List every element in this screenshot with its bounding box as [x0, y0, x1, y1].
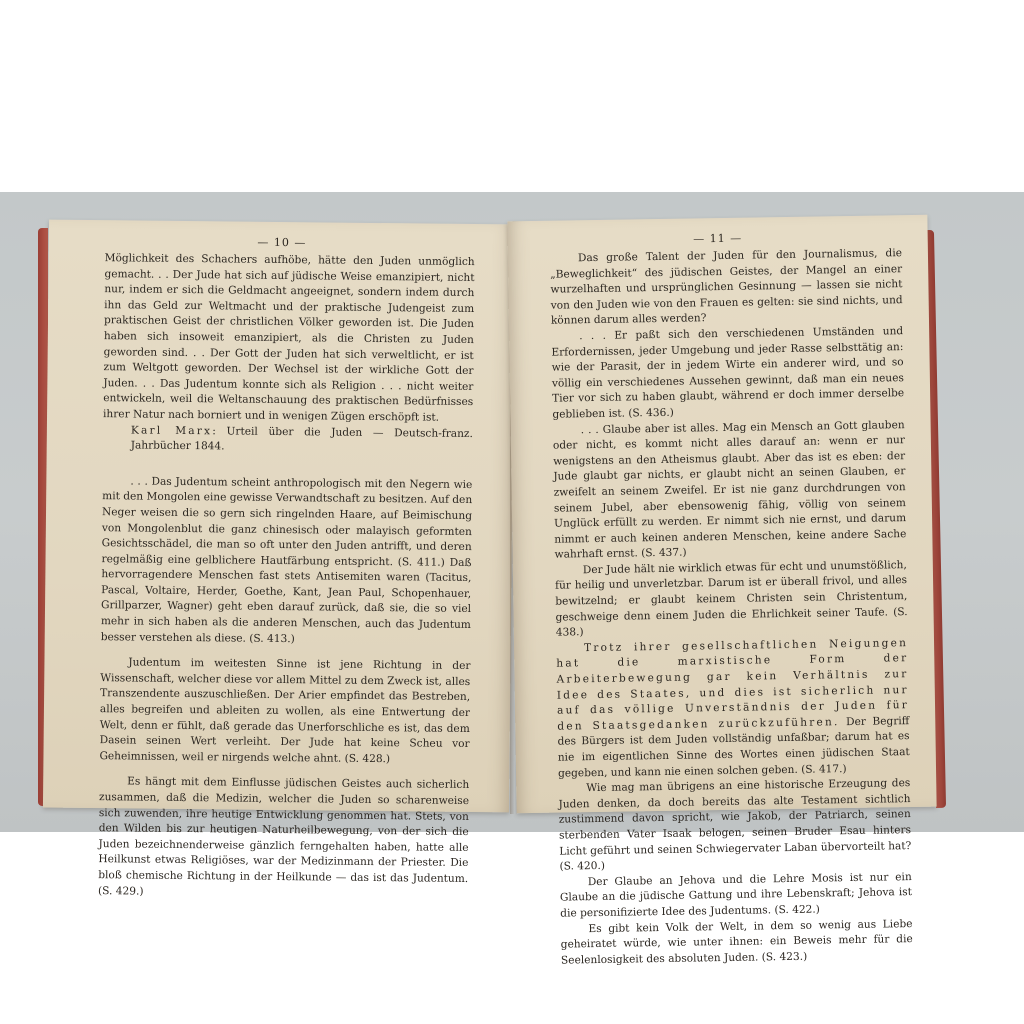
- page-text: Möglichkeit des Schachers aufhöbe, hätte…: [42, 251, 515, 904]
- attribution-author: Karl Marx: [131, 424, 213, 437]
- paragraph: Der Jude hält nie wirklich etwas für ech…: [555, 558, 908, 641]
- page-text: Das große Talent der Juden für den Journ…: [508, 246, 939, 970]
- paragraph: . . . Er paßt sich den verschiedenen Ums…: [551, 324, 904, 423]
- paragraph: Es hängt mit dem Einflusse jüdischen Gei…: [98, 775, 469, 904]
- quote-attribution: Karl Marx: Urteil über die Juden — Deuts…: [103, 423, 473, 458]
- page-number: — 10 —: [49, 234, 515, 252]
- paragraph: . . . Das Judentum scheint anthropologis…: [101, 474, 473, 649]
- paragraph: Der Glaube an Jehova und die Lehre Mosis…: [560, 870, 913, 922]
- paragraph: Trotz ihrer gesellschaftlichen Neigungen…: [556, 636, 910, 782]
- page-number: — 11 —: [508, 229, 928, 249]
- paragraph: Möglichkeit des Schachers aufhöbe, hätte…: [103, 251, 475, 426]
- paragraph: . . . Glaube aber ist alles. Mag ein Men…: [553, 418, 907, 564]
- paragraph: Judentum im weitesten Sinne ist jene Ric…: [99, 655, 470, 768]
- left-page: — 10 — Möglichkeit des Schachers aufhöbe…: [43, 220, 515, 813]
- paragraph: Es gibt kein Volk der Welt, in dem so we…: [560, 917, 913, 969]
- paragraph: Das große Talent der Juden für den Journ…: [550, 246, 903, 329]
- right-page: — 11 — Das große Talent der Juden für de…: [507, 215, 936, 814]
- paragraph: Wie mag man übrigens an eine historische…: [558, 776, 911, 875]
